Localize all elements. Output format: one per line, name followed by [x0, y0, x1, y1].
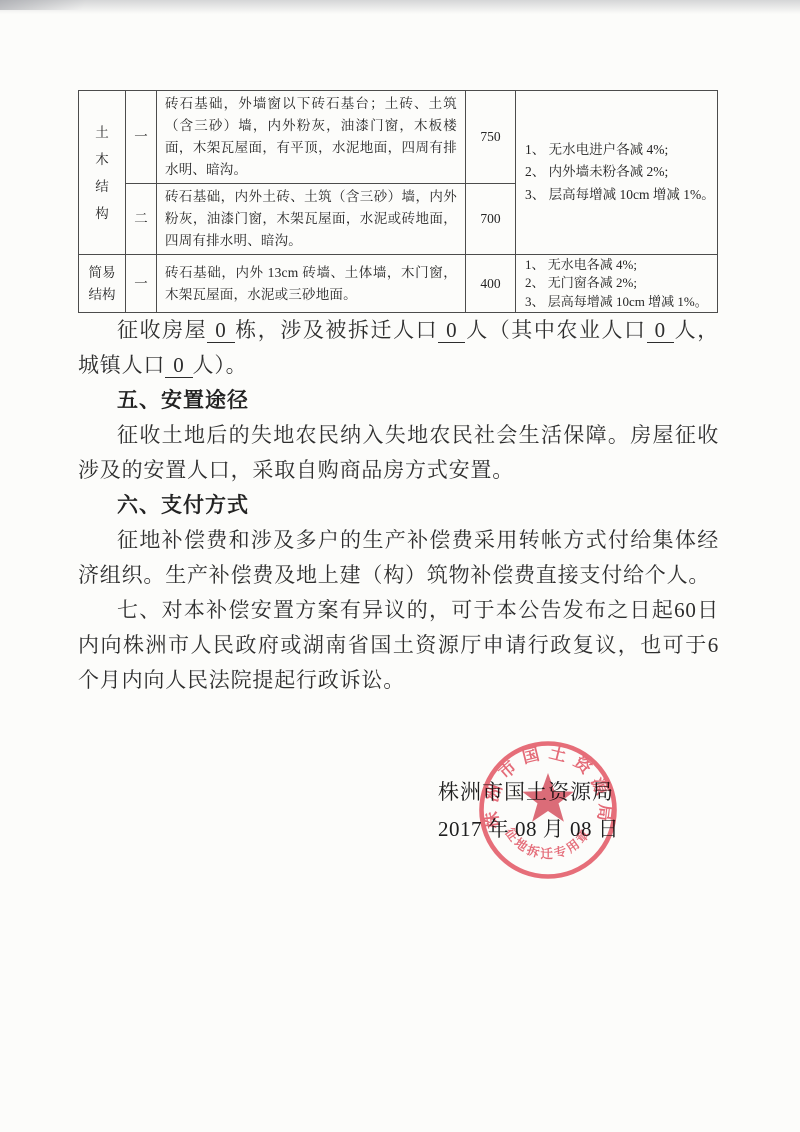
value-cell: 400	[466, 255, 516, 313]
category-cell: 一	[126, 255, 157, 313]
notes-cell-jianyi: 1、 无水电各减 4%; 2、 无门窗各减 2%; 3、 层高每增减 10cm …	[516, 255, 718, 313]
housing-count-paragraph: 征收房屋0栋，涉及被拆迁人口0人（其中农业人口0人，城镇人口0人）。	[78, 313, 719, 383]
note-line: 2、 内外墙未粉各减 2%;	[525, 161, 713, 184]
seal-star-icon	[522, 773, 573, 822]
description-cell: 砖石基础，内外 13cm 砖墙、土体墙，木门窗，木架瓦屋面，水泥或三砂地面。	[157, 255, 466, 313]
structure-group-label: 简易结构	[85, 262, 119, 306]
scan-corner-shadow	[0, 0, 120, 10]
note-line: 2、 无门窗各减 2%;	[525, 274, 713, 293]
description-cell: 砖石基础，外墙窗以下砖石基台；土砖、土筑（含三砂）墙，内外粉灰，油漆门窗，木板楼…	[157, 91, 466, 184]
scan-edge-shadow	[0, 0, 800, 14]
table-row: 土木结构 一 砖石基础，外墙窗以下砖石基台；土砖、土筑（含三砂）墙，内外粉灰，油…	[79, 91, 718, 184]
value-cell: 700	[466, 184, 516, 255]
category-cell: 二	[126, 184, 157, 255]
structure-group-label: 土木结构	[94, 119, 110, 227]
table-row: 简易结构 一 砖石基础，内外 13cm 砖墙、土体墙，木门窗，木架瓦屋面，水泥或…	[79, 255, 718, 313]
section5-paragraph: 征收土地后的失地农民纳入失地农民社会生活保障。房屋征收涉及的安置人口，采取自购商…	[78, 418, 719, 488]
scanned-notice-page: 土木结构 一 砖石基础，外墙窗以下砖石基台；土砖、土筑（含三砂）墙，内外粉灰，油…	[0, 0, 800, 1132]
notes-cell-tumu: 1、 无水电进户各减 4%; 2、 内外墙未粉各减 2%; 3、 层高每增减 1…	[516, 91, 718, 255]
note-line: 3、 层高每增减 10cm 增减 1%。	[525, 184, 713, 207]
official-seal: 株洲市国土资源局 征地拆迁专用章	[476, 738, 620, 882]
section6-paragraph: 征地补偿费和涉及多户的生产补偿费采用转帐方式付给集体经济组织。生产补偿费及地上建…	[78, 523, 719, 593]
structure-group-tumu: 土木结构	[79, 91, 126, 255]
description-cell: 砖石基础，内外土砖、土筑（含三砂）墙，内外粉灰，油漆门窗，木架瓦屋面，水泥或砖地…	[157, 184, 466, 255]
compensation-table: 土木结构 一 砖石基础，外墙窗以下砖石基台；土砖、土筑（含三砂）墙，内外粉灰，油…	[78, 90, 718, 313]
document-body: 征收房屋0栋，涉及被拆迁人口0人（其中农业人口0人，城镇人口0人）。 五、安置途…	[78, 313, 719, 698]
section7-paragraph: 七、对本补偿安置方案有异议的，可于本公告发布之日起60日内向株洲市人民政府或湖南…	[78, 593, 719, 698]
value-cell: 750	[466, 91, 516, 184]
note-line: 1、 无水电进户各减 4%;	[525, 139, 713, 162]
section6-heading: 六、支付方式	[78, 488, 719, 523]
section5-heading: 五、安置途径	[78, 383, 719, 418]
category-cell: 一	[126, 91, 157, 184]
seal-bottom-text: 征地拆迁专用章	[502, 824, 594, 861]
note-line: 1、 无水电各减 4%;	[525, 256, 713, 275]
structure-group-jianyi: 简易结构	[79, 255, 126, 313]
note-line: 3、 层高每增减 10cm 增减 1%。	[525, 293, 713, 312]
